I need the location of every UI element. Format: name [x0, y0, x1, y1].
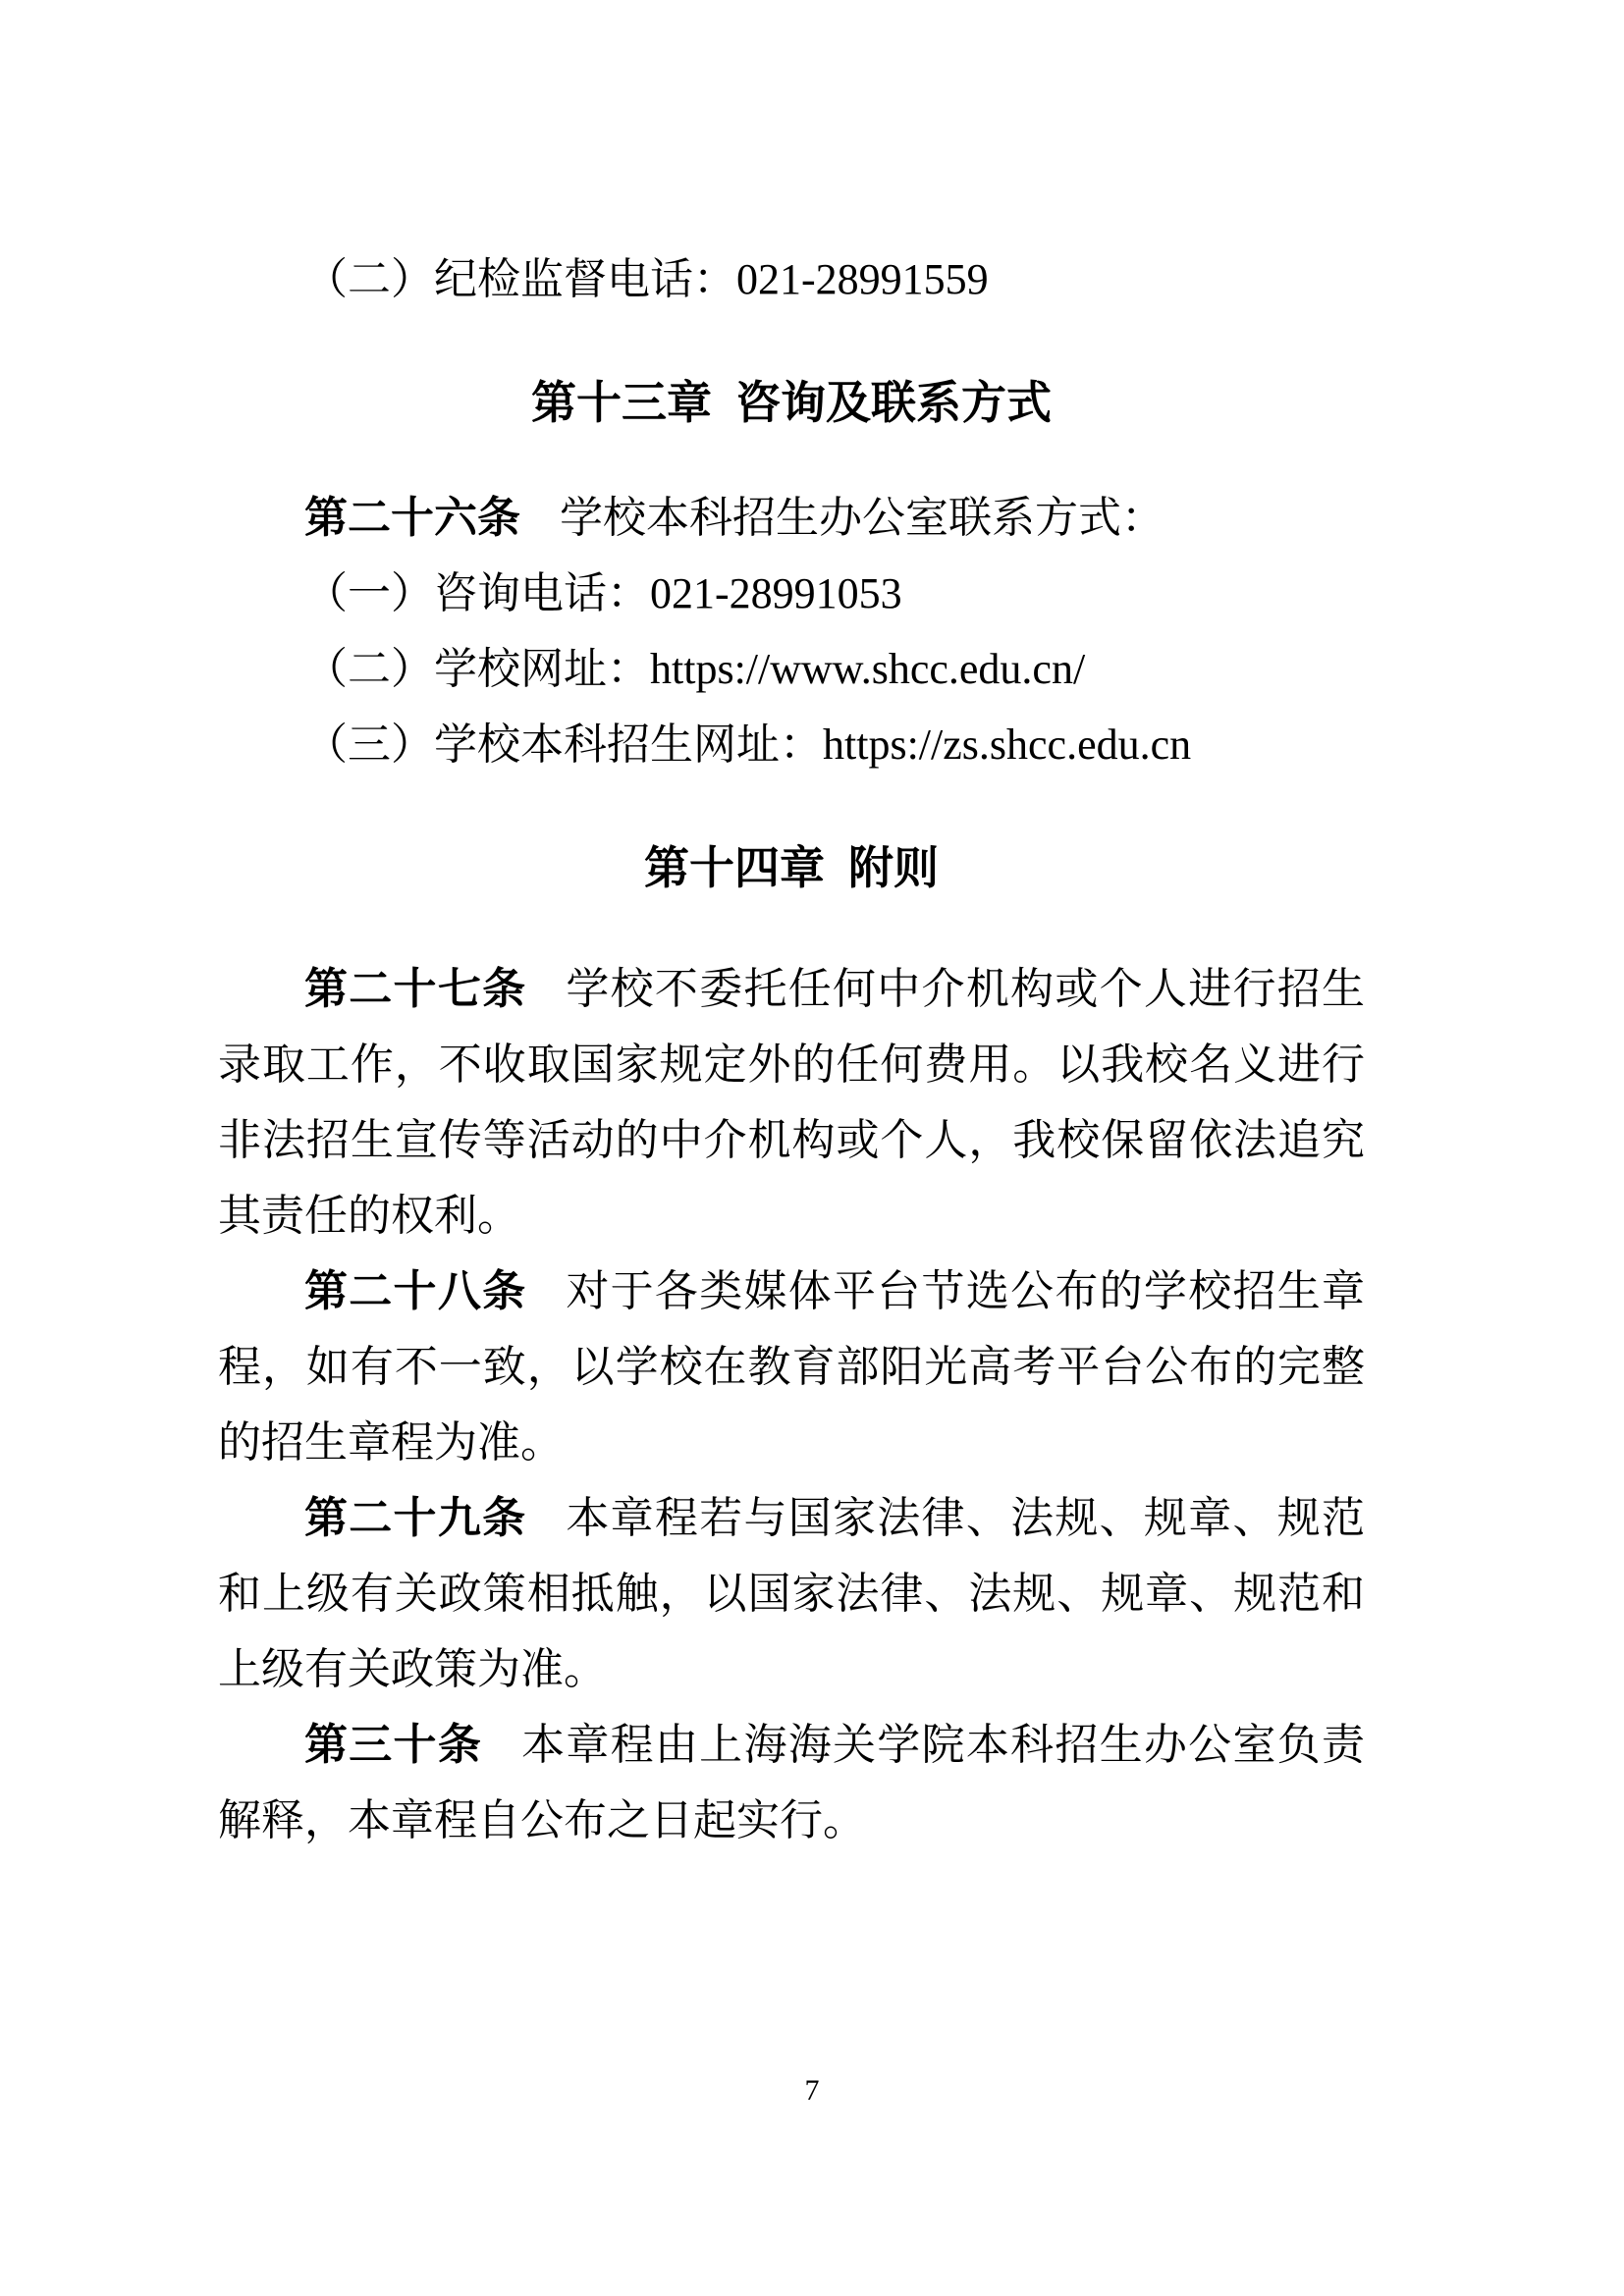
article-27-term: 第二十七条	[304, 965, 526, 1013]
article-26-term: 第二十六条	[304, 494, 520, 542]
article-26-text: 学校本科招生办公室联系方式：	[560, 494, 1164, 542]
article-26-line: 第二十六条学校本科招生办公室联系方式：	[218, 480, 1365, 556]
article-29-paragraph: 第二十九条本章程若与国家法律、法规、规章、规范和上级有关政策相抵触，以国家法律、…	[218, 1480, 1365, 1707]
article-29-term: 第二十九条	[304, 1494, 526, 1542]
contact-website-url: https://www.shcc.edu.cn/	[650, 645, 1085, 693]
supervision-phone-number: 021-28991559	[736, 255, 989, 303]
contact-admissions-website-label: （三）学校本科招生网址：	[304, 721, 823, 769]
article-30-term: 第三十条	[304, 1721, 482, 1769]
chapter-14-number: 第十四章	[644, 842, 825, 893]
contact-item-website: （二）学校网址：https://www.shcc.edu.cn/	[218, 631, 1365, 707]
chapter-13-title: 咨询及联系方式	[735, 377, 1052, 428]
article-30-paragraph: 第三十条本章程由上海海关学院本科招生办公室负责解释，本章程自公布之日起实行。	[218, 1707, 1365, 1858]
contact-phone-number: 021-28991053	[650, 569, 902, 617]
chapter-14-heading: 第十四章附则	[218, 830, 1365, 906]
contact-item-admissions-website: （三）学校本科招生网址：https://zs.shcc.edu.cn	[218, 707, 1365, 782]
chapter-14-title: 附则	[848, 842, 939, 893]
contact-admissions-website-url: https://zs.shcc.edu.cn	[823, 721, 1191, 769]
article-28-term: 第二十八条	[304, 1267, 526, 1315]
chapter-13-number: 第十三章	[531, 377, 712, 428]
chapter-13-heading: 第十三章咨询及联系方式	[218, 365, 1365, 441]
supervision-phone-label: （二）纪检监督电话：	[304, 255, 736, 303]
document-page: （二）纪检监督电话：021-28991559 第十三章咨询及联系方式 第二十六条…	[0, 0, 1624, 2296]
article-27-paragraph: 第二十七条学校不委托任何中介机构或个人进行招生录取工作，不收取国家规定外的任何费…	[218, 951, 1365, 1254]
supervision-phone-line: （二）纪检监督电话：021-28991559	[218, 241, 1365, 317]
page-number: 7	[0, 2076, 1624, 2106]
contact-item-phone: （一）咨询电话：021-28991053	[218, 556, 1365, 631]
article-28-paragraph: 第二十八条对于各类媒体平台节选公布的学校招生章程，如有不一致，以学校在教育部阳光…	[218, 1254, 1365, 1480]
contact-website-label: （二）学校网址：	[304, 645, 650, 693]
contact-phone-label: （一）咨询电话：	[304, 569, 650, 617]
